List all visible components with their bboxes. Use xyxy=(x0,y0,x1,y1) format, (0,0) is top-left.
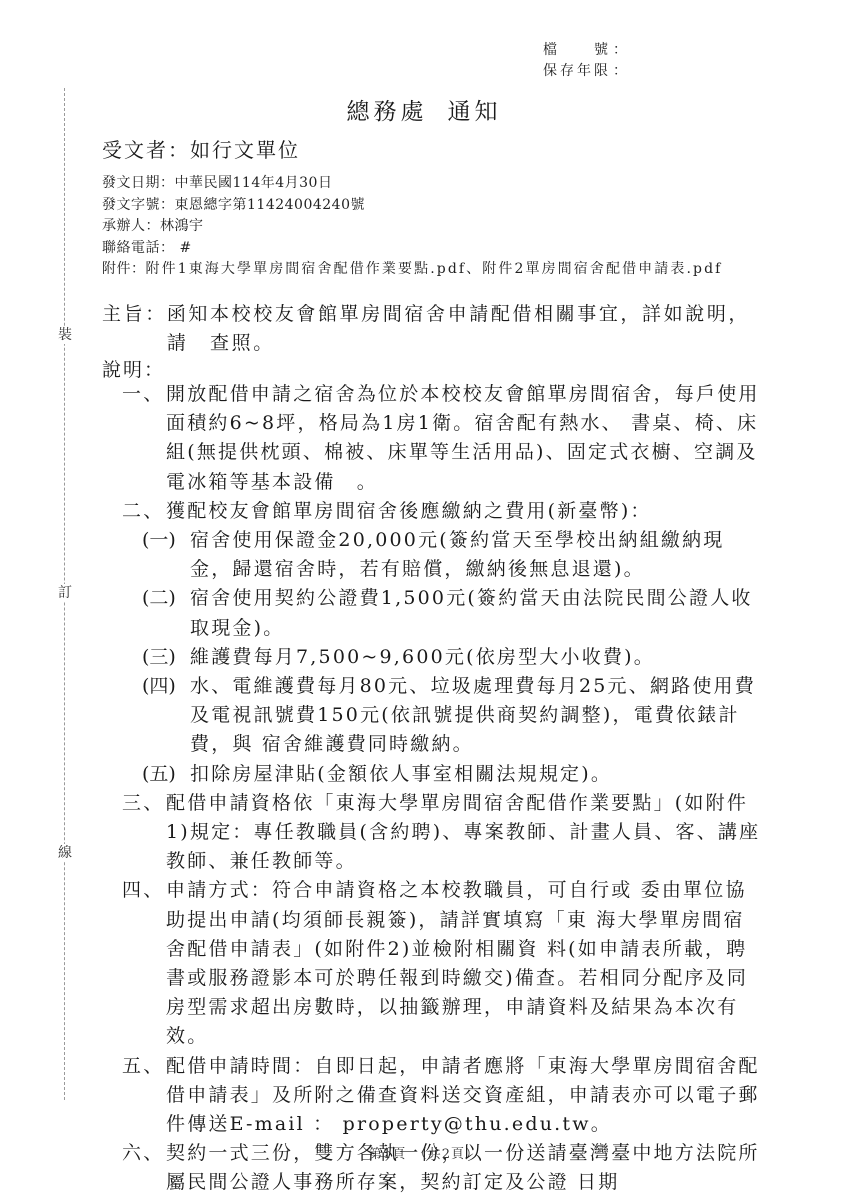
page-number: 第1頁 （共2頁） xyxy=(0,1143,848,1162)
binding-mark-ding: 訂 xyxy=(56,584,74,602)
item-number: 一、 xyxy=(122,380,166,497)
archive-meta: 檔 號 ： 保 存 年 限 ： xyxy=(543,40,627,82)
retention-label-char: 保 xyxy=(543,61,558,82)
retention-label-char: 存 xyxy=(560,61,575,82)
colon: ： xyxy=(613,61,627,82)
subject-label: 主旨： xyxy=(102,300,167,358)
fee-subitem-1: (一) 宿舍使用保證金20,000元(簽約當天至學校出納組繳納現金，歸還宿舍時，… xyxy=(142,526,762,584)
explanation-item-3: 三、 配借申請資格依「東海大學單房間宿舍配借作業要點」(如附件1)規定：專任教職… xyxy=(122,789,762,877)
explanation-item-1: 一、 開放配借申請之宿舍為位於本校校友會館單房間宿舍，每戶使用面積約6~8坪，格… xyxy=(122,380,762,497)
document-type: 通知 xyxy=(448,99,502,125)
document-number: 發文字號：東恩總字第11424004240號 xyxy=(102,195,746,217)
issuer-name: 總務處 xyxy=(347,99,428,125)
explanation-item-5: 五、 配借申請時間：自即日起，申請者應將「東海大學單房間宿舍配借申請表」及所附之… xyxy=(122,1052,762,1140)
retention-label-char: 限 xyxy=(594,61,609,82)
explanation-items: 一、 開放配借申請之宿舍為位於本校校友會館單房間宿舍，每戶使用面積約6~8坪，格… xyxy=(122,380,762,1198)
subject: 主旨： 函知本校校友會館單房間宿舍申請配借相關事宜，詳如說明，請 查照。 xyxy=(102,300,762,358)
subitem-text: 宿舍使用契約公證費1,500元(簽約當天由法院民間公證人收取現金)。 xyxy=(190,584,762,642)
item-number: 三、 xyxy=(122,789,166,877)
retention-label: 保 存 年 限 xyxy=(543,61,609,82)
document-title: 總務處通知 xyxy=(0,96,848,128)
item-text: 配借申請時間：自即日起，申請者應將「東海大學單房間宿舍配借申請表」及所附之備查資… xyxy=(166,1052,762,1140)
item-text: 申請方式：符合申請資格之本校教職員，可自行或 委由單位協助提出申請(均須師長親簽… xyxy=(166,876,762,1051)
attachments-label: 附件： xyxy=(102,259,146,281)
fee-subitems: (一) 宿舍使用保證金20,000元(簽約當天至學校出納組繳納現金，歸還宿舍時，… xyxy=(142,526,762,789)
handler: 承辦人：林鴻宇 xyxy=(102,216,746,238)
issuance-info: 發文日期：中華民國114年4月30日 發文字號：東恩總字第11424004240… xyxy=(102,173,746,281)
file-number-label-char: 檔 xyxy=(543,40,558,61)
subitem-number: (三) xyxy=(142,643,190,672)
subitem-number: (一) xyxy=(142,526,190,584)
item-number: 五、 xyxy=(122,1052,166,1140)
fee-subitem-5: (五) 扣除房屋津貼(金額依人事室相關法規規定)。 xyxy=(142,760,762,789)
subitem-number: (二) xyxy=(142,584,190,642)
attachments: 附件： 附件1東海大學單房間宿舍配借作業要點.pdf、附件2單房間宿舍配借申請表… xyxy=(102,259,746,281)
file-number-label-char: 號 xyxy=(594,40,609,61)
fee-subitem-3: (三) 維護費每月7,500~9,600元(依房型大小收費)。 xyxy=(142,643,762,672)
explanation-item-2: 二、 獲配校友會館單房間宿舍後應繳納之費用(新臺幣)： xyxy=(122,497,762,526)
explanation-item-4: 四、 申請方式：符合申請資格之本校教職員，可自行或 委由單位協助提出申請(均須師… xyxy=(122,876,762,1051)
subitem-number: (五) xyxy=(142,760,190,789)
file-number-label: 檔 號 xyxy=(543,40,609,61)
subitem-text: 扣除房屋津貼(金額依人事室相關法規規定)。 xyxy=(190,760,762,789)
subitem-number: (四) xyxy=(142,672,190,760)
recipient: 受文者：如行文單位 xyxy=(102,136,300,164)
binding-mark-xian: 線 xyxy=(56,844,74,862)
item-text: 配借申請資格依「東海大學單房間宿舍配借作業要點」(如附件1)規定：專任教職員(含… xyxy=(166,789,762,877)
retention-label-char: 年 xyxy=(577,61,592,82)
fee-subitem-2: (二) 宿舍使用契約公證費1,500元(簽約當天由法院民間公證人收取現金)。 xyxy=(142,584,762,642)
item-text: 獲配校友會館單房間宿舍後應繳納之費用(新臺幣)： xyxy=(166,497,762,526)
subject-text: 函知本校校友會館單房間宿舍申請配借相關事宜，詳如說明，請 查照。 xyxy=(167,300,762,358)
item-number: 二、 xyxy=(122,497,166,526)
issue-date: 發文日期：中華民國114年4月30日 xyxy=(102,173,746,195)
file-number-row: 檔 號 ： xyxy=(543,40,627,61)
subitem-text: 維護費每月7,500~9,600元(依房型大小收費)。 xyxy=(190,643,762,672)
contact-phone: 聯絡電話： # xyxy=(102,238,746,260)
subitem-text: 水、電維護費每月80元、垃圾處理費每月25元、網路使用費及電視訊號費150元(依… xyxy=(190,672,762,760)
binding-mark-zhuang: 裝 xyxy=(56,326,74,344)
item-text: 開放配借申請之宿舍為位於本校校友會館單房間宿舍，每戶使用面積約6~8坪，格局為1… xyxy=(166,380,762,497)
retention-row: 保 存 年 限 ： xyxy=(543,61,627,82)
item-number: 四、 xyxy=(122,876,166,1051)
subitem-text: 宿舍使用保證金20,000元(簽約當天至學校出納組繳納現金，歸還宿舍時，若有賠償… xyxy=(190,526,762,584)
colon: ： xyxy=(613,40,627,61)
fee-subitem-4: (四) 水、電維護費每月80元、垃圾處理費每月25元、網路使用費及電視訊號費15… xyxy=(142,672,762,760)
attachments-links[interactable]: 附件1東海大學單房間宿舍配借作業要點.pdf、附件2單房間宿舍配借申請表.pdf xyxy=(146,259,746,281)
